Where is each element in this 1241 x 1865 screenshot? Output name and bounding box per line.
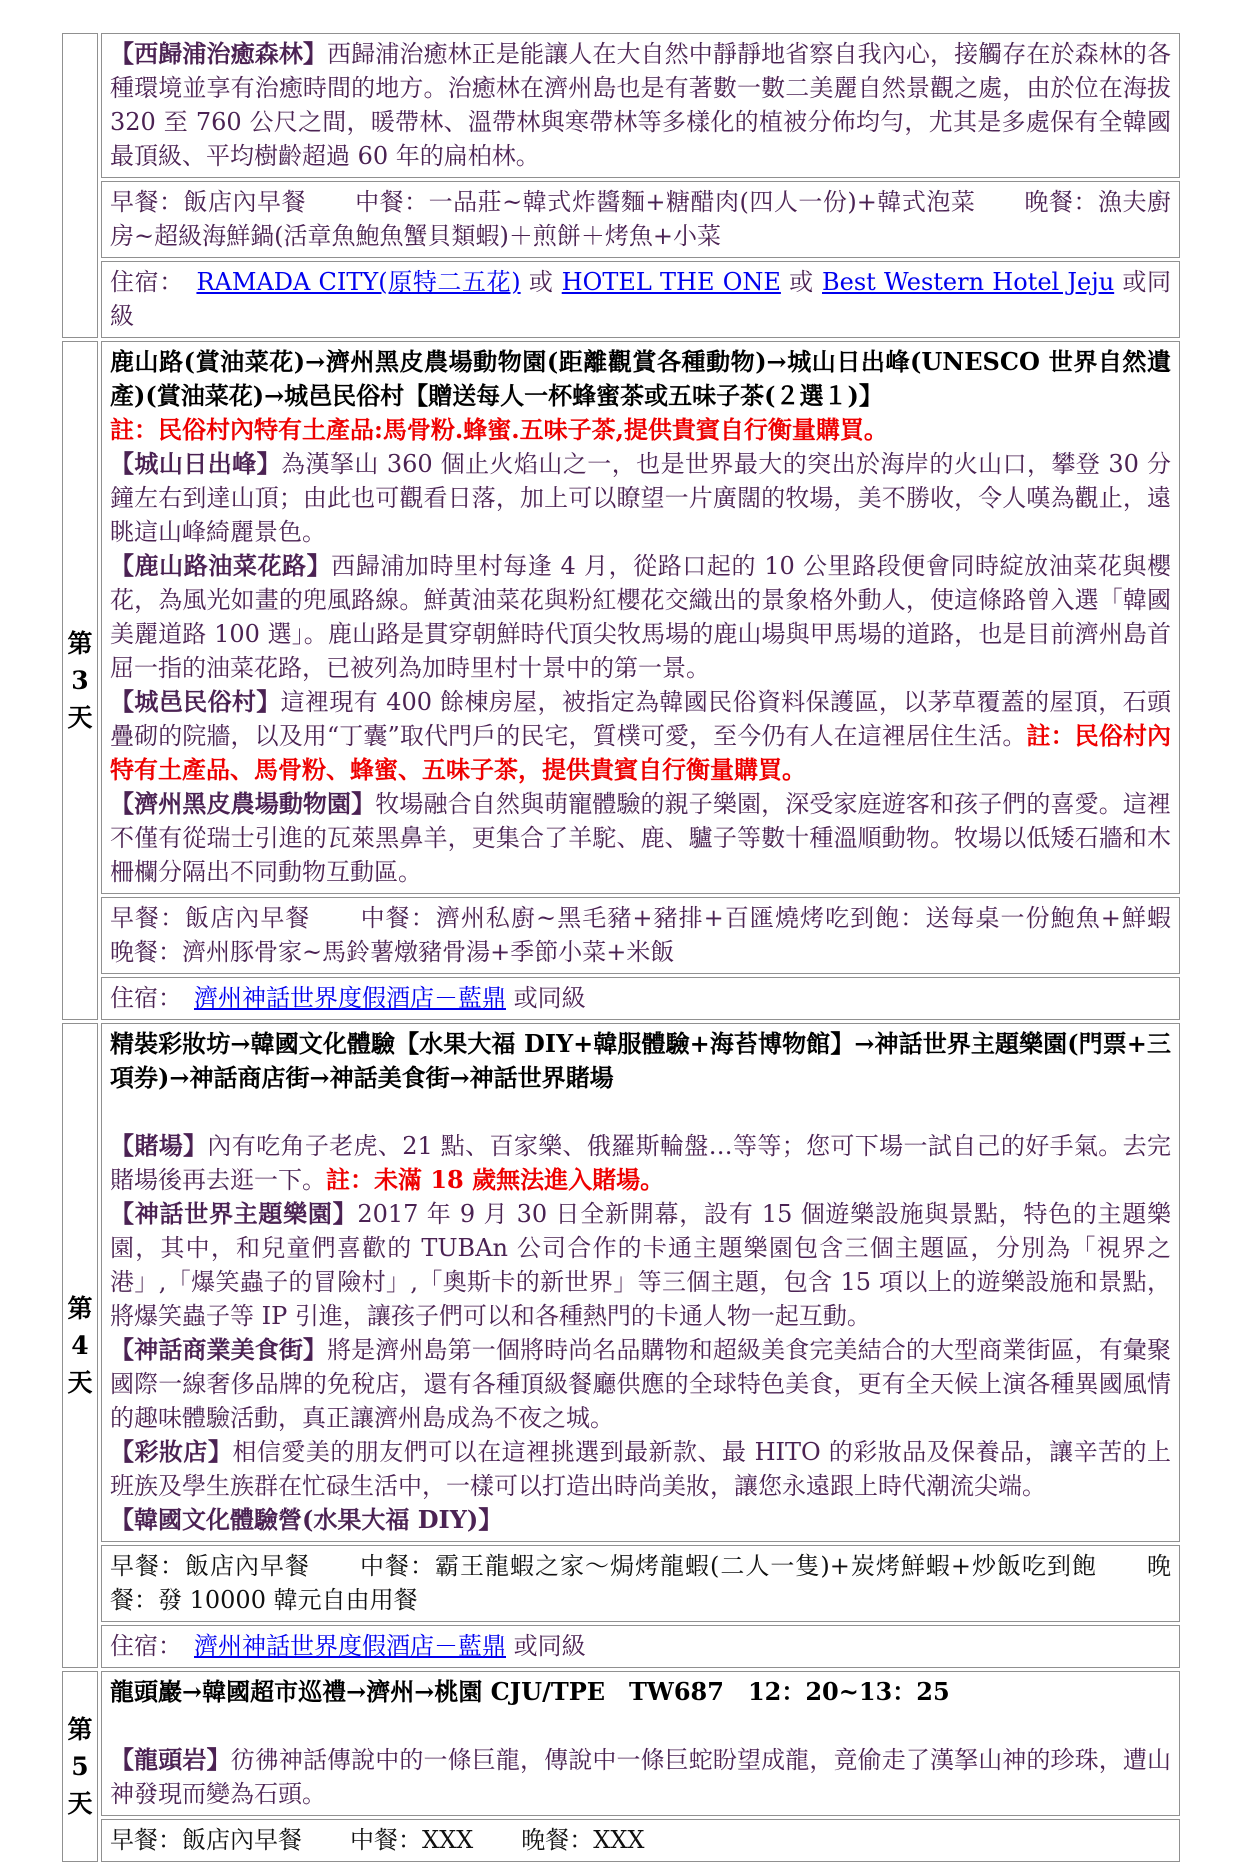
paragraph: 早餐：飯店內早餐 中餐：XXX 晚餐：XXX <box>110 1823 1171 1857</box>
body-text: 或 <box>781 268 822 296</box>
paragraph <box>110 1709 1171 1743</box>
paragraph: 【濟州黑皮農場動物園】牧場融合自然與萌寵體驗的親子樂園，深受家庭遊客和孩子們的喜… <box>110 787 1171 889</box>
section-title: 【韓國文化體驗營(水果大福 DIY)】 <box>110 1505 502 1534</box>
paragraph: 精裝彩妝坊→韓國文化體驗【水果大福 DIY+韓服體驗+海苔博物館】→神話世界主題… <box>110 1027 1171 1095</box>
day-label: 第4天 <box>62 1023 98 1668</box>
section-title: 【城山日出峰】 <box>110 449 281 478</box>
paragraph: 【神話商業美食街】將是濟州島第一個將時尚名品購物和超級美食完美結合的大型商業街區… <box>110 1333 1171 1435</box>
paragraph: 早餐：飯店內早餐 中餐：濟州私廚~黑毛豬+豬排+百匯燒烤吃到飽：送每桌一份鮑魚+… <box>110 901 1171 969</box>
day-block-2: 第4天精裝彩妝坊→韓國文化體驗【水果大福 DIY+韓服體驗+海苔博物館】→神話世… <box>62 1023 1180 1668</box>
day-label-char: 5 <box>71 1748 88 1785</box>
body-text: 或同級 <box>506 984 586 1012</box>
paragraph: 龍頭巖→韓國超市巡禮→濟州→桃園 CJU/TPE TW687 12：20~13：… <box>110 1675 1171 1709</box>
paragraph <box>110 1095 1171 1129</box>
meals-cell: 早餐：飯店內早餐 中餐：XXX 晚餐：XXX <box>101 1819 1180 1862</box>
section-title: 【賭場】 <box>110 1131 207 1160</box>
day-label-char: 天 <box>67 1364 92 1401</box>
paragraph: 住宿： 濟州神話世界度假酒店－藍鼎 或同級 <box>110 981 1171 1015</box>
day-label-char: 3 <box>71 662 88 699</box>
description-cell: 精裝彩妝坊→韓國文化體驗【水果大福 DIY+韓服體驗+海苔博物館】→神話世界主題… <box>101 1023 1180 1542</box>
meals-cell: 早餐：飯店內早餐 中餐：濟州私廚~黑毛豬+豬排+百匯燒烤吃到飽：送每桌一份鮑魚+… <box>101 897 1180 974</box>
section-title: 【龍頭岩】 <box>110 1745 231 1774</box>
route-header-text: 龍頭巖→韓國超市巡禮→濟州→桃園 CJU/TPE TW687 12：20~13：… <box>110 1677 950 1706</box>
section-title: 【城邑民俗村】 <box>110 687 281 716</box>
paragraph: 住宿： 濟州神話世界度假酒店－藍鼎 或同級 <box>110 1629 1171 1663</box>
day-block-1: 第3天鹿山路(賞油菜花)→濟州黑皮農場動物園(距離觀賞各種動物)→城山日出峰(U… <box>62 341 1180 1020</box>
paragraph: 【韓國文化體驗營(水果大福 DIY)】 <box>110 1503 1171 1537</box>
day-label: 第5天 <box>62 1671 98 1862</box>
body-text: 住宿： <box>110 1632 194 1660</box>
day-label-char: 4 <box>71 1327 88 1364</box>
notice-text: 註：民俗村內特有土產品:馬骨粉.蜂蜜.五味子茶,提供貴賓自行衡量購買。 <box>110 415 888 444</box>
accommodation-cell: 住宿： 濟州神話世界度假酒店－藍鼎 或同級 <box>101 977 1180 1020</box>
hotel-link[interactable]: HOTEL THE ONE <box>562 268 781 296</box>
route-header-text: 精裝彩妝坊→韓國文化體驗【水果大福 DIY+韓服體驗+海苔博物館】→神話世界主題… <box>110 1029 1171 1092</box>
day-label-char: 天 <box>67 1785 92 1822</box>
paragraph: 【彩妝店】相信愛美的朋友們可以在這裡挑選到最新款、最 HITO 的彩妝品及保養品… <box>110 1435 1171 1503</box>
section-title: 【彩妝店】 <box>110 1437 232 1466</box>
body-text: 住宿： <box>110 268 196 296</box>
paragraph: 【鹿山路油菜花路】西歸浦加時里村每逢 4 月，從路口起的 10 公里路段便會同時… <box>110 549 1171 685</box>
section-title: 【西歸浦治癒森林】 <box>110 39 327 68</box>
section-title: 【神話商業美食街】 <box>110 1335 327 1364</box>
paragraph: 【西歸浦治癒森林】西歸浦治癒林正是能讓人在大自然中靜靜地省察自我內心，接觸存在於… <box>110 37 1171 173</box>
itinerary-table: 【西歸浦治癒森林】西歸浦治癒林正是能讓人在大自然中靜靜地省察自我內心，接觸存在於… <box>62 33 1180 1865</box>
route-header-text: 鹿山路(賞油菜花)→濟州黑皮農場動物園(距離觀賞各種動物)→城山日出峰(UNES… <box>110 347 1171 410</box>
day-label-char: 第 <box>67 625 92 662</box>
meals-cell: 早餐：飯店內早餐 中餐：霸王龍蝦之家～焗烤龍蝦(二人一隻)+炭烤鮮蝦+炒飯吃到飽… <box>101 1545 1180 1622</box>
paragraph: 早餐：飯店內早餐 中餐：一品莊~韓式炸醬麵+糖醋肉(四人一份)+韓式泡菜 晚餐：… <box>110 185 1171 253</box>
paragraph: 註：民俗村內特有土產品:馬骨粉.蜂蜜.五味子茶,提供貴賓自行衡量購買。 <box>110 413 1171 447</box>
paragraph: 【神話世界主題樂園】2017 年 9 月 30 日全新開幕，設有 15 個遊樂設… <box>110 1197 1171 1333</box>
paragraph: 住宿： RAMADA CITY(原特二五花) 或 HOTEL THE ONE 或… <box>110 265 1171 333</box>
body-text: 住宿： <box>110 984 194 1012</box>
body-text: 早餐：飯店內早餐 中餐：XXX 晚餐：XXX <box>110 1826 645 1854</box>
body-text: 早餐：飯店內早餐 中餐：霸王龍蝦之家～焗烤龍蝦(二人一隻)+炭烤鮮蝦+炒飯吃到飽… <box>110 1552 1171 1614</box>
description-cell: 【西歸浦治癒森林】西歸浦治癒林正是能讓人在大自然中靜靜地省察自我內心，接觸存在於… <box>101 33 1180 178</box>
hotel-link[interactable]: 濟州神話世界度假酒店－藍鼎 <box>194 984 506 1012</box>
hotel-link[interactable]: 濟州神話世界度假酒店－藍鼎 <box>194 1632 506 1660</box>
section-title: 【鹿山路油菜花路】 <box>110 551 331 580</box>
body-text: 或同級 <box>506 1632 586 1660</box>
hotel-link[interactable]: Best Western Hotel Jeju <box>822 268 1114 296</box>
section-title: 【神話世界主題樂園】 <box>110 1199 357 1228</box>
day-block-3: 第5天龍頭巖→韓國超市巡禮→濟州→桃園 CJU/TPE TW687 12：20~… <box>62 1671 1180 1862</box>
accommodation-cell: 住宿： 濟州神話世界度假酒店－藍鼎 或同級 <box>101 1625 1180 1668</box>
body-text: 彷彿神話傳說中的一條巨龍，傳說中一條巨蛇盼望成龍，竟偷走了漢拏山神的珍珠，遭山神… <box>110 1746 1171 1808</box>
paragraph: 【龍頭岩】彷彿神話傳說中的一條巨龍，傳說中一條巨蛇盼望成龍，竟偷走了漢拏山神的珍… <box>110 1743 1171 1811</box>
description-cell: 龍頭巖→韓國超市巡禮→濟州→桃園 CJU/TPE TW687 12：20~13：… <box>101 1671 1180 1816</box>
day-label: 第3天 <box>62 341 98 1020</box>
paragraph: 鹿山路(賞油菜花)→濟州黑皮農場動物園(距離觀賞各種動物)→城山日出峰(UNES… <box>110 345 1171 413</box>
body-text: 早餐：飯店內早餐 中餐：濟州私廚~黑毛豬+豬排+百匯燒烤吃到飽：送每桌一份鮑魚+… <box>110 904 1195 966</box>
day-block-0: 【西歸浦治癒森林】西歸浦治癒林正是能讓人在大自然中靜靜地省察自我內心，接觸存在於… <box>62 33 1180 338</box>
body-text: 相信愛美的朋友們可以在這裡挑選到最新款、最 HITO 的彩妝品及保養品，讓辛苦的… <box>110 1438 1171 1500</box>
notice-text: 註：未滿 18 歲無法進入賭場。 <box>326 1165 664 1194</box>
day-label-char: 天 <box>67 699 92 736</box>
day-label-char: 第 <box>67 1711 92 1748</box>
paragraph: 【城山日出峰】為漢拏山 360 個止火焰山之一，也是世界最大的突出於海岸的火山口… <box>110 447 1171 549</box>
body-text: 早餐：飯店內早餐 中餐：一品莊~韓式炸醬麵+糖醋肉(四人一份)+韓式泡菜 晚餐：… <box>110 188 1171 250</box>
meals-cell: 早餐：飯店內早餐 中餐：一品莊~韓式炸醬麵+糖醋肉(四人一份)+韓式泡菜 晚餐：… <box>101 181 1180 258</box>
day-label-char: 第 <box>67 1290 92 1327</box>
body-text: 或 <box>521 268 562 296</box>
section-title: 【濟州黑皮農場動物園】 <box>110 789 375 818</box>
paragraph: 【城邑民俗村】這裡現有 400 餘棟房屋，被指定為韓國民俗資料保護區，以茅草覆蓋… <box>110 685 1171 787</box>
hotel-link[interactable]: RAMADA CITY(原特二五花) <box>196 268 520 296</box>
paragraph: 【賭場】內有吃角子老虎、21 點、百家樂、俄羅斯輪盤…等等；您可下場一試自己的好… <box>110 1129 1171 1197</box>
description-cell: 鹿山路(賞油菜花)→濟州黑皮農場動物園(距離觀賞各種動物)→城山日出峰(UNES… <box>101 341 1180 894</box>
paragraph: 早餐：飯店內早餐 中餐：霸王龍蝦之家～焗烤龍蝦(二人一隻)+炭烤鮮蝦+炒飯吃到飽… <box>110 1549 1171 1617</box>
day-label <box>62 33 98 338</box>
accommodation-cell: 住宿： RAMADA CITY(原特二五花) 或 HOTEL THE ONE 或… <box>101 261 1180 338</box>
